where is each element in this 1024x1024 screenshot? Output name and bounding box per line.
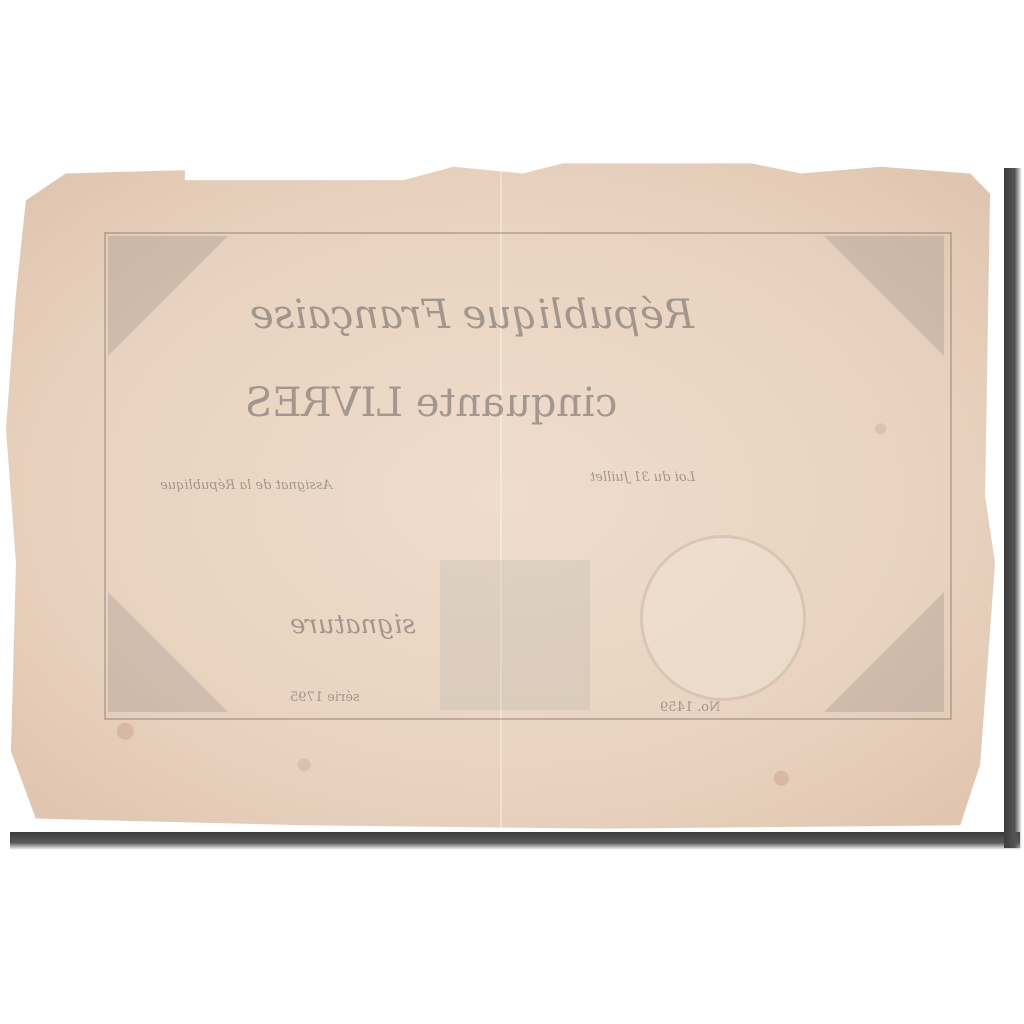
- dry-seal-emblem: [640, 535, 806, 701]
- series-number: série 1795: [290, 690, 360, 705]
- title-text: République Française: [250, 292, 694, 338]
- serial-number: No. 1459: [660, 700, 720, 715]
- frame-shadow-right: [1004, 168, 1022, 848]
- left-caption: Assignat de la République: [160, 478, 332, 493]
- frame-shadow-bottom: [10, 832, 1020, 850]
- central-vignette: [440, 560, 590, 710]
- signature: signature: [290, 610, 416, 640]
- right-caption: Loi du 31 Juillet: [590, 470, 695, 485]
- denomination-text: cinquante LIVRES: [245, 380, 617, 426]
